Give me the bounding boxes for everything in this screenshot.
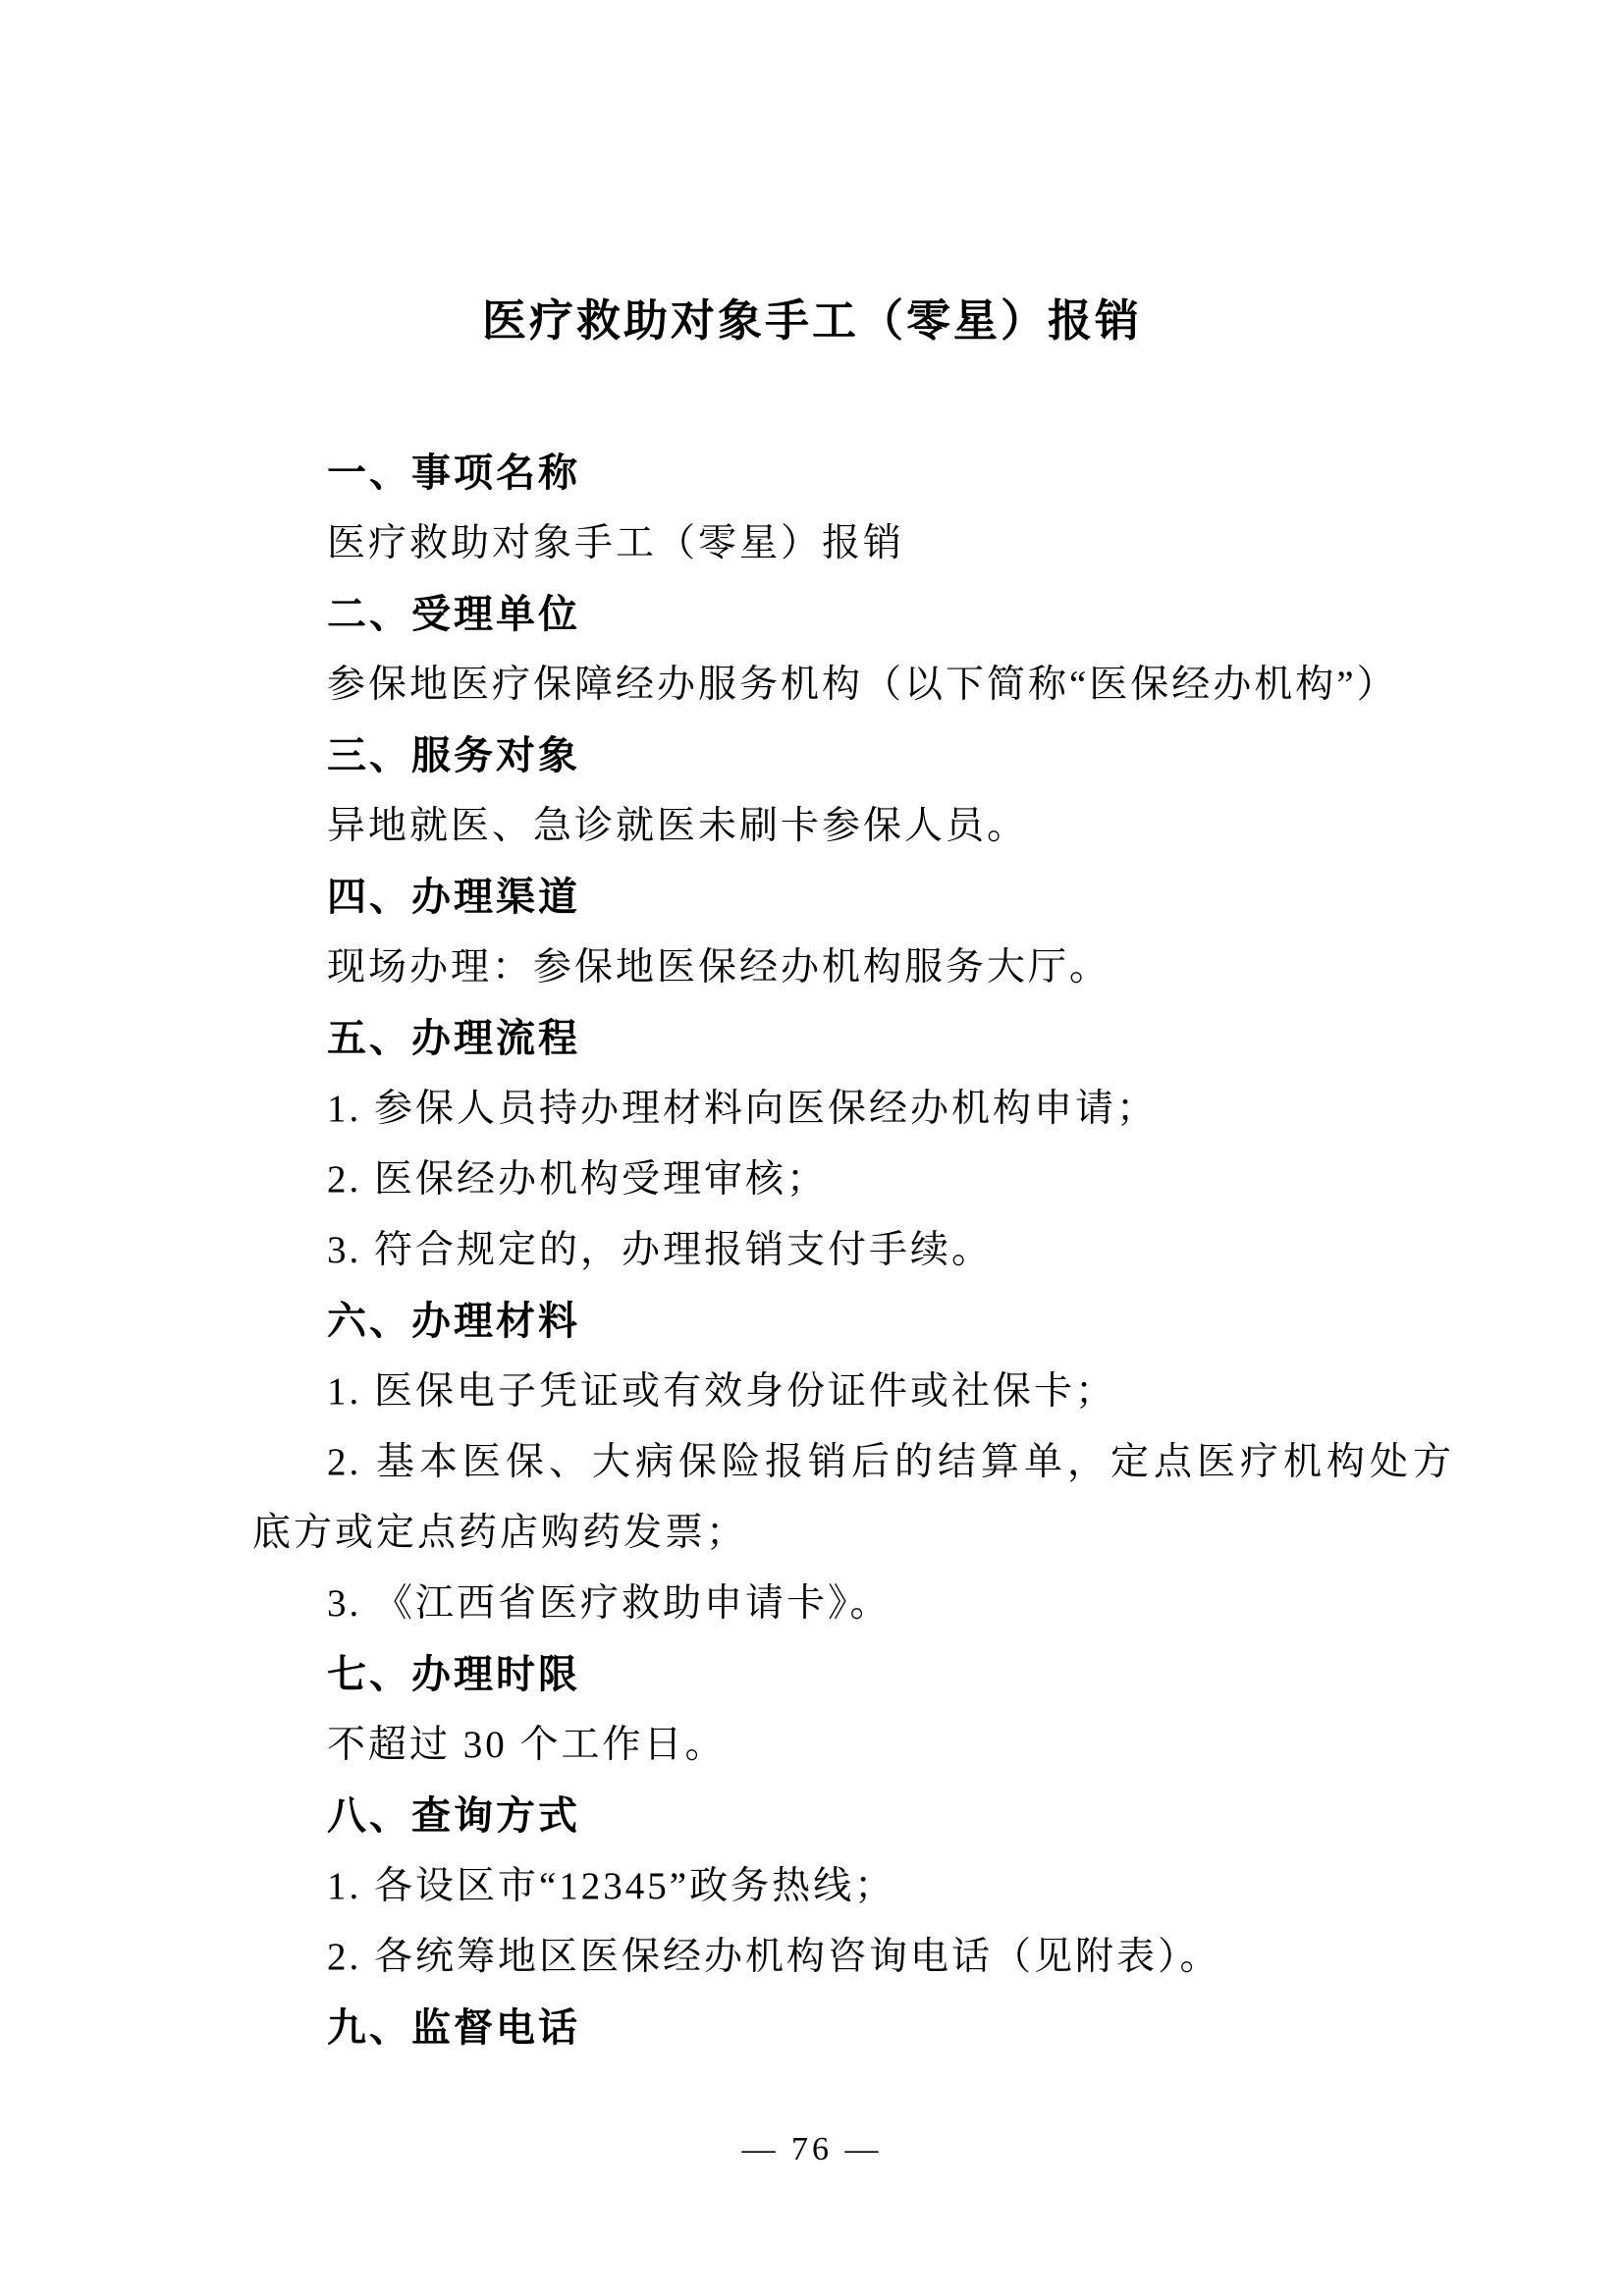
document-title: 医疗救助对象手工（零星）报销 (0, 291, 1624, 351)
document-page: 医疗救助对象手工（零星）报销 一、事项名称 医疗救助对象手工（零星）报销 二、受… (0, 0, 1624, 2296)
section-heading: 六、办理材料 (252, 1286, 1454, 1357)
section-heading: 二、受理单位 (252, 579, 1454, 650)
body-text-line: 1. 医保电子凭证或有效身份证件或社保卡； (252, 1357, 1454, 1427)
section-heading: 八、查询方式 (252, 1781, 1454, 1851)
body-text-line: 参保地医疗保障经办服务机构（以下简称“医保经办机构”） (252, 650, 1454, 721)
section-heading: 七、办理时限 (252, 1639, 1454, 1710)
body-text-line: 3. 《江西省医疗救助申请卡》。 (252, 1569, 1454, 1639)
body-text-line: 1. 各设区市“12345”政务热线； (252, 1851, 1454, 1922)
body-text-line: 底方或定点药店购药发票； (252, 1498, 1454, 1569)
body-text-line: 2. 基本医保、大病保险报销后的结算单，定点医疗机构处方 (252, 1427, 1454, 1498)
section-heading: 四、办理渠道 (252, 862, 1454, 933)
body-text-line: 2. 各统筹地区医保经办机构咨询电话（见附表）。 (252, 1922, 1454, 1993)
body-text-line: 现场办理：参保地医保经办机构服务大厅。 (252, 933, 1454, 1003)
document-body: 一、事项名称 医疗救助对象手工（零星）报销 二、受理单位 参保地医疗保障经办服务… (252, 438, 1454, 2063)
section-heading: 九、监督电话 (252, 1993, 1454, 2063)
body-text-line: 1. 参保人员持办理材料向医保经办机构申请； (252, 1074, 1454, 1145)
body-text-line: 异地就医、急诊就医未刷卡参保人员。 (252, 791, 1454, 862)
section-heading: 一、事项名称 (252, 438, 1454, 508)
body-text-line: 不超过 30 个工作日。 (252, 1710, 1454, 1781)
section-heading: 五、办理流程 (252, 1003, 1454, 1074)
body-text-line: 2. 医保经办机构受理审核； (252, 1145, 1454, 1215)
body-text-line: 医疗救助对象手工（零星）报销 (252, 508, 1454, 579)
page-number: — 76 — (0, 2118, 1624, 2181)
section-heading: 三、服务对象 (252, 721, 1454, 791)
body-text-line: 3. 符合规定的，办理报销支付手续。 (252, 1215, 1454, 1286)
